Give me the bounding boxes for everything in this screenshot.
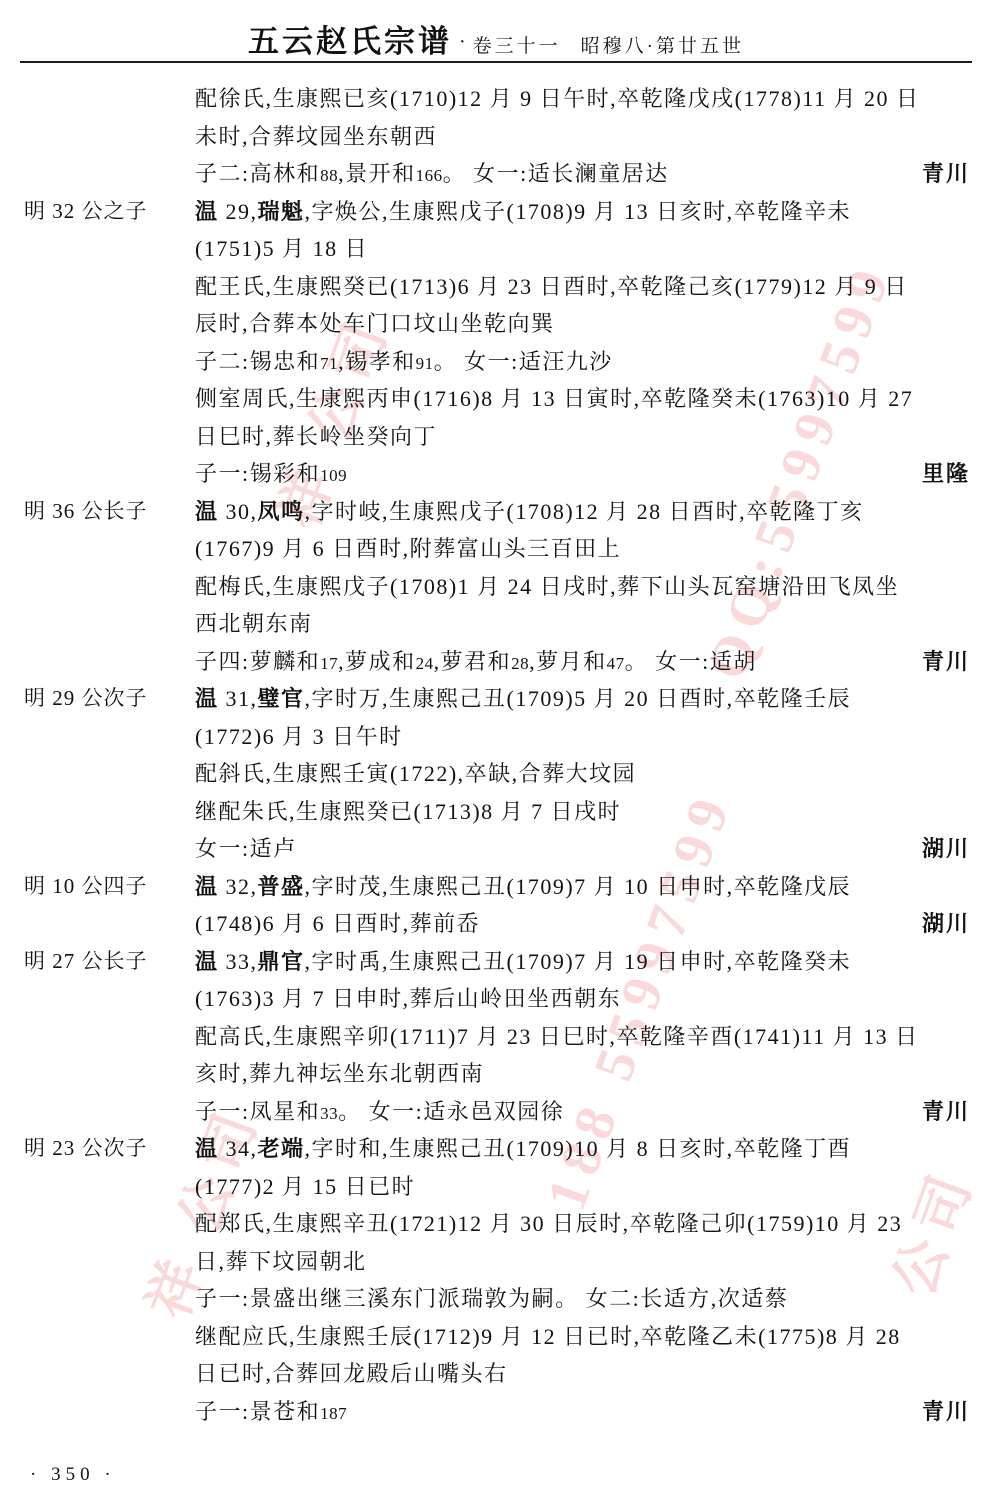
- row: 继配应氏,生康熙壬辰(1712)9 月 12 日已时,卒乾隆乙未(1775)8 …: [0, 1318, 992, 1356]
- row: 子四:萝麟和17,萝成和24,萝君和28,萝月和47。 女一:适胡青川: [0, 643, 992, 681]
- row-text: 日,葬下坟园朝北: [195, 1243, 972, 1281]
- row-text: 辰时,合葬本处车门口坟山坐乾向巽: [195, 305, 972, 343]
- row: 侧室周氏,生康熙丙申(1716)8 月 13 日寅时,卒乾隆癸未(1763)10…: [0, 380, 992, 418]
- location-tag: 青川: [922, 155, 970, 193]
- location-tag: 湖川: [922, 830, 970, 868]
- row-text: 未时,合葬坟园坐东朝西: [195, 118, 972, 156]
- page-number: · 350 ·: [30, 1464, 116, 1486]
- row: 配斜氏,生康熙壬寅(1722),卒缺,合葬大坟园: [0, 755, 992, 793]
- row-label: 明 32 公之子: [24, 193, 148, 231]
- location-tag: 青川: [922, 1393, 970, 1431]
- location-tag: 里隆: [922, 455, 970, 493]
- row-text: 日已时,合葬回龙殿后山嘴头右: [195, 1355, 972, 1393]
- row-label: 明 27 公长子: [24, 943, 148, 981]
- row: 继配朱氏,生康熙癸已(1713)8 月 7 日戌时: [0, 793, 992, 831]
- row: 配徐氏,生康熙已亥(1710)12 月 9 日午时,卒乾隆戊戌(1778)11 …: [0, 80, 992, 118]
- row: (1777)2 月 15 日已时: [0, 1168, 992, 1206]
- row: 配郑氏,生康熙辛丑(1721)12 月 30 日辰时,卒乾隆己卯(1759)10…: [0, 1205, 992, 1243]
- row-text: 配高氏,生康熙辛卯(1711)7 月 23 日巳时,卒乾隆辛酉(1741)11 …: [195, 1018, 972, 1056]
- row-text: 继配朱氏,生康熙癸已(1713)8 月 7 日戌时: [195, 793, 972, 831]
- row-text: (1772)6 月 3 日午时: [195, 718, 972, 756]
- row: 明 36 公长子温 30,凤鸣,字时岐,生康熙戊子(1708)12 月 28 日…: [0, 493, 992, 531]
- row-text: (1748)6 月 6 日酉时,葬前岙: [195, 905, 972, 943]
- row: 子二:锡忠和71,锡孝和91。 女一:适汪九沙: [0, 343, 992, 381]
- row-text: 配郑氏,生康熙辛丑(1721)12 月 30 日辰时,卒乾隆己卯(1759)10…: [195, 1205, 972, 1243]
- row-label: 明 23 公次子: [24, 1130, 148, 1168]
- row: 配梅氏,生康熙戊子(1708)1 月 24 日戌时,葬下山头瓦窑塘沿田飞凤坐: [0, 568, 992, 606]
- row-text: 子四:萝麟和17,萝成和24,萝君和28,萝月和47。 女一:适胡: [195, 643, 972, 683]
- row-text: 西北朝东南: [195, 605, 972, 643]
- row: (1748)6 月 6 日酉时,葬前岙湖川: [0, 905, 992, 943]
- row: 子一:景苍和187青川: [0, 1393, 992, 1431]
- row-label: 明 36 公长子: [24, 493, 148, 531]
- row: (1763)3 月 7 日申时,葬后山岭田坐西朝东: [0, 980, 992, 1018]
- row: 配王氏,生康熙癸已(1713)6 月 23 日酉时,卒乾隆己亥(1779)12 …: [0, 268, 992, 306]
- row-text: 温 31,璧官,字时万,生康熙己丑(1709)5 月 20 日酉时,卒乾隆壬辰: [195, 680, 972, 718]
- genealogy-rows: 配徐氏,生康熙已亥(1710)12 月 9 日午时,卒乾隆戊戌(1778)11 …: [0, 80, 992, 1430]
- row: 日已时,合葬回龙殿后山嘴头右: [0, 1355, 992, 1393]
- row-text: (1767)9 月 6 日酉时,附葬富山头三百田上: [195, 530, 972, 568]
- page-title: 五云赵氏宗谱: [248, 24, 452, 59]
- row: 明 29 公次子温 31,璧官,字时万,生康熙己丑(1709)5 月 20 日酉…: [0, 680, 992, 718]
- row-text: 温 33,鼎官,字时禹,生康熙己丑(1709)7 月 19 日申时,卒乾隆癸未: [195, 943, 972, 981]
- row-text: 配王氏,生康熙癸已(1713)6 月 23 日酉时,卒乾隆己亥(1779)12 …: [195, 268, 972, 306]
- row: 辰时,合葬本处车门口坟山坐乾向巽: [0, 305, 992, 343]
- row-text: 子二:高林和88,景开和166。 女一:适长澜童居达: [195, 155, 972, 195]
- location-tag: 湖川: [922, 905, 970, 943]
- row: 女一:适卢湖川: [0, 830, 992, 868]
- section-label: 昭穆八·第廿五世: [581, 36, 744, 57]
- header-rule: [20, 61, 972, 63]
- row-text: 子二:锡忠和71,锡孝和91。 女一:适汪九沙: [195, 343, 972, 383]
- row-text: 女一:适卢: [195, 830, 972, 868]
- genealogy-page: 祥 公司QQ:55997599祥 公司188 55997599公司 五云赵氏宗谱…: [0, 0, 992, 1512]
- row: (1767)9 月 6 日酉时,附葬富山头三百田上: [0, 530, 992, 568]
- row: 子一:锡彩和109里隆: [0, 455, 992, 493]
- row-label: 明 10 公四子: [24, 868, 148, 906]
- location-tag: 青川: [922, 1093, 970, 1131]
- row-text: 子一:景苍和187: [195, 1393, 972, 1433]
- row-text: (1763)3 月 7 日申时,葬后山岭田坐西朝东: [195, 980, 972, 1018]
- row: 日,葬下坟园朝北: [0, 1243, 992, 1281]
- row: 子二:高林和88,景开和166。 女一:适长澜童居达青川: [0, 155, 992, 193]
- row: 子一:凤星和33。 女一:适永邑双园徐青川: [0, 1093, 992, 1131]
- row-text: 继配应氏,生康熙壬辰(1712)9 月 12 日已时,卒乾隆乙未(1775)8 …: [195, 1318, 972, 1356]
- row-label: 明 29 公次子: [24, 680, 148, 718]
- page-header: 五云赵氏宗谱·卷三十一昭穆八·第廿五世: [0, 16, 992, 61]
- row-text: 配梅氏,生康熙戊子(1708)1 月 24 日戌时,葬下山头瓦窑塘沿田飞凤坐: [195, 568, 972, 606]
- row: 配高氏,生康熙辛卯(1711)7 月 23 日巳时,卒乾隆辛酉(1741)11 …: [0, 1018, 992, 1056]
- row-text: (1751)5 月 18 日: [195, 230, 972, 268]
- row: 未时,合葬坟园坐东朝西: [0, 118, 992, 156]
- row: 西北朝东南: [0, 605, 992, 643]
- row: 明 10 公四子温 32,普盛,字时茂,生康熙己丑(1709)7 月 10 日申…: [0, 868, 992, 906]
- row: 子一:景盛出继三溪东门派瑞敦为嗣。 女二:长适方,次适蔡: [0, 1280, 992, 1318]
- row-text: 温 29,瑞魁,字焕公,生康熙戊子(1708)9 月 13 日亥时,卒乾隆辛未: [195, 193, 972, 231]
- row-text: 温 32,普盛,字时茂,生康熙己丑(1709)7 月 10 日申时,卒乾隆戊辰: [195, 868, 972, 906]
- row-text: 亥时,葬九神坛坐东北朝西南: [195, 1055, 972, 1093]
- location-tag: 青川: [922, 643, 970, 681]
- row: (1772)6 月 3 日午时: [0, 718, 992, 756]
- row: 明 23 公次子温 34,老端,字时和,生康熙己丑(1709)10 月 8 日亥…: [0, 1130, 992, 1168]
- title-separator-dot: ·: [459, 31, 466, 53]
- row-text: 子一:锡彩和109: [195, 455, 972, 495]
- row: 亥时,葬九神坛坐东北朝西南: [0, 1055, 992, 1093]
- volume-label: 卷三十一: [473, 36, 561, 57]
- row-text: 侧室周氏,生康熙丙申(1716)8 月 13 日寅时,卒乾隆癸未(1763)10…: [195, 380, 972, 418]
- row-text: 温 34,老端,字时和,生康熙己丑(1709)10 月 8 日亥时,卒乾隆丁酉: [195, 1130, 972, 1168]
- row-text: 配斜氏,生康熙壬寅(1722),卒缺,合葬大坟园: [195, 755, 972, 793]
- row-text: 温 30,凤鸣,字时岐,生康熙戊子(1708)12 月 28 日酉时,卒乾隆丁亥: [195, 493, 972, 531]
- row: (1751)5 月 18 日: [0, 230, 992, 268]
- row: 日巳时,葬长岭坐癸向丁: [0, 418, 992, 456]
- row: 明 32 公之子温 29,瑞魁,字焕公,生康熙戊子(1708)9 月 13 日亥…: [0, 193, 992, 231]
- row-text: 子一:凤星和33。 女一:适永邑双园徐: [195, 1093, 972, 1133]
- row-text: 配徐氏,生康熙已亥(1710)12 月 9 日午时,卒乾隆戊戌(1778)11 …: [195, 80, 972, 118]
- row-text: (1777)2 月 15 日已时: [195, 1168, 972, 1206]
- row-text: 日巳时,葬长岭坐癸向丁: [195, 418, 972, 456]
- row-text: 子一:景盛出继三溪东门派瑞敦为嗣。 女二:长适方,次适蔡: [195, 1280, 972, 1318]
- row: 明 27 公长子温 33,鼎官,字时禹,生康熙己丑(1709)7 月 19 日申…: [0, 943, 992, 981]
